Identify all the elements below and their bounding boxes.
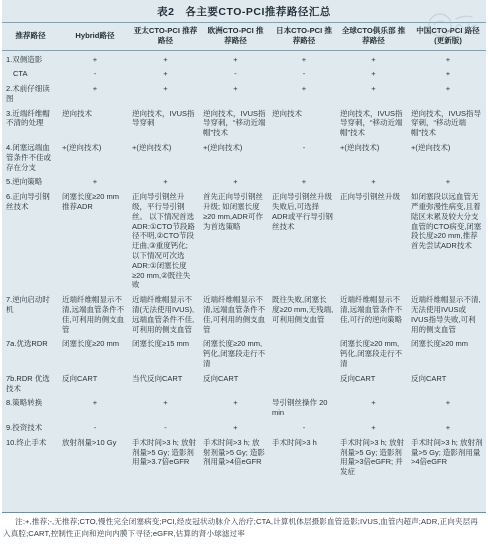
table-cell: 手术时间>3 h; 放射剂量>5 Gy; 造影剂用量>3.7倍eGFR bbox=[131, 438, 200, 477]
table-row: 7a.优选RDR闭塞长度≥20 mm闭塞长度≥15 mm闭塞长度≥20 mm,钙… bbox=[2, 337, 486, 371]
table-cell: 近端纤维帽显示不清,远端血管条件不佳,可利用的侧支血管 bbox=[202, 295, 269, 334]
table-cell: 逆向技术，IVUS指导穿刺，“移动近端帽”技术 bbox=[410, 109, 486, 138]
row-label: 1.双侧造影 bbox=[2, 55, 59, 65]
table-cell: 导引钢丝操作 20 min bbox=[271, 398, 337, 418]
table-row: 7b.RDR 优选技术反向CART当代反向CART反向CART反向CART反向C… bbox=[2, 371, 486, 396]
column-header: 全球CTO俱乐部 推荐路径 bbox=[339, 26, 408, 46]
table-body: 1.双侧造影++++++CTA-+--++2.术前仔细读图++++++3.近端纤… bbox=[2, 51, 486, 479]
table-cell: 闭塞长度≥20 mm 推荐ADR bbox=[61, 192, 129, 290]
row-label: CTA bbox=[2, 69, 59, 79]
table-cell: + bbox=[202, 55, 269, 65]
table-cell: + bbox=[202, 398, 269, 418]
table-row: CTA-+--++ bbox=[2, 67, 486, 82]
table-cell: + bbox=[410, 84, 486, 104]
table-cell: 反向CART bbox=[410, 374, 486, 394]
table-panel: 表2 各主要CTO-PCI推荐路径汇总 推荐路径 Hybrid路径 亚太CTO-… bbox=[2, 0, 486, 513]
table-cell: - bbox=[271, 423, 337, 433]
table-cell: 闭塞长度≥15 mm bbox=[131, 339, 200, 368]
row-label: 3.近端纤维帽不清的处理 bbox=[2, 109, 59, 138]
table-cell: +(逆向技术) bbox=[202, 143, 269, 172]
table-bottom-rule bbox=[2, 512, 486, 513]
table-cell: 首先正向导引钢丝升级; 如闭塞长度≥20 mm,ADR可作为首选策略 bbox=[202, 192, 269, 290]
table-cell: - bbox=[202, 69, 269, 79]
table-title-row: 表2 各主要CTO-PCI推荐路径汇总 bbox=[2, 0, 486, 23]
table-cell: + bbox=[339, 177, 408, 187]
table-cell: +(逆向技术) bbox=[131, 143, 200, 172]
table-cell: + bbox=[61, 55, 129, 65]
table-cell: 逆向技术，IVUS指导穿刺，“移动近端帽”技术 bbox=[202, 109, 269, 138]
table-cell: - bbox=[271, 69, 337, 79]
table-cell: +(逆向技术) bbox=[410, 143, 486, 172]
table-cell: + bbox=[271, 84, 337, 104]
table-cell: 近端纤维帽显示不清(无法使用IVUS),远端血管条件不佳,可利用的侧支血管 bbox=[131, 295, 200, 334]
table-cell: 反向CART bbox=[202, 374, 269, 394]
table-cell: 闭塞长度≥20 mm,钙化,闭塞段走行不清 bbox=[339, 339, 408, 368]
table-row: 8.策略转换+++导引钢丝操作 20 min++ bbox=[2, 396, 486, 421]
table-cell: 逆向技术 bbox=[61, 109, 129, 138]
table-cell: + bbox=[131, 398, 200, 418]
table-cell: 闭塞长度≥20 mm bbox=[61, 339, 129, 368]
table-cell: 反向CART bbox=[61, 374, 129, 394]
table-cell: + bbox=[410, 177, 486, 187]
table-cell: + bbox=[339, 398, 408, 418]
table-cell: 逆向技术，IVUS指导穿刺，“移动近端帽”技术 bbox=[339, 109, 408, 138]
row-label: 6.正向导引钢丝技术 bbox=[2, 192, 59, 290]
column-header: 欧洲CTO-PCI 推荐路径 bbox=[202, 26, 269, 46]
column-header: 亚太CTO-PCI 推荐路径 bbox=[131, 26, 200, 46]
table-cell: + bbox=[339, 69, 408, 79]
row-label: 7b.RDR 优选技术 bbox=[2, 374, 59, 394]
table-cell: 当代反向CART bbox=[131, 374, 200, 394]
table-cell: 正向导引钢丝升级失败后,可选择ADR或平行导引钢丝技术 bbox=[271, 192, 337, 290]
row-label: 9.投资技术 bbox=[2, 423, 59, 433]
row-label: 7a.优选RDR bbox=[2, 339, 59, 368]
column-header: 中国CTO-PCI 路径(更新版) bbox=[410, 26, 486, 46]
column-header: 推荐路径 bbox=[2, 26, 59, 46]
table-cell: +(逆向技术) bbox=[61, 143, 129, 172]
table-cell: 如闭塞段以远血管无严重弥漫性病变,且着陆区未累及较大分支血管的CTO病变,闭塞段… bbox=[410, 192, 486, 290]
table-row: 4.闭塞远端血管条件不佳或存在分支+(逆向技术)+(逆向技术)+(逆向技术)-+… bbox=[2, 141, 486, 175]
table-row: 1.双侧造影++++++ bbox=[2, 52, 486, 67]
table-cell: - bbox=[61, 423, 129, 433]
table-cell: + bbox=[131, 84, 200, 104]
table-cell: 逆向技术，IVUS指导穿刺 bbox=[131, 109, 200, 138]
table-cell: - bbox=[131, 423, 200, 433]
table-cell: + bbox=[410, 69, 486, 79]
table-cell: - bbox=[61, 69, 129, 79]
table-cell: + bbox=[131, 177, 200, 187]
table-cell: 近端纤维帽显示不清,无法使用IVUS或IVUS指导失败,可利用的侧支血管 bbox=[410, 295, 486, 334]
table-cell: + bbox=[61, 84, 129, 104]
table-cell: + bbox=[131, 55, 200, 65]
table-row: 9.投资技术--+-++ bbox=[2, 421, 486, 436]
table-cell: 正向导引钢丝升级，平行导引钢丝。 以下情况首选ADR:①CTO节段路径不明,②C… bbox=[131, 192, 200, 290]
table-cell: 闭塞长度≥20 mm,钙化,闭塞段走行不清 bbox=[202, 339, 269, 368]
row-label: 5.逆向策略 bbox=[2, 177, 59, 187]
table-cell: + bbox=[61, 177, 129, 187]
row-label: 10.终止手术 bbox=[2, 438, 59, 477]
table-cell bbox=[271, 339, 337, 368]
table-cell: + bbox=[410, 55, 486, 65]
row-label: 8.策略转换 bbox=[2, 398, 59, 418]
table-cell: + bbox=[202, 423, 269, 433]
table-cell: + bbox=[61, 398, 129, 418]
table-cell: 逆向技术 bbox=[271, 109, 337, 138]
table-cell: + bbox=[339, 55, 408, 65]
table-cell: + bbox=[271, 177, 337, 187]
table-cell: - bbox=[271, 143, 337, 172]
column-header: Hybrid路径 bbox=[61, 26, 129, 46]
table-cell: 手术时间>3 h; 放射剂量>5 Gy; 造影剂用量>4倍eGFR bbox=[202, 438, 269, 477]
table-row: 6.正向导引钢丝技术闭塞长度≥20 mm 推荐ADR正向导引钢丝升级，平行导引钢… bbox=[2, 190, 486, 293]
table-cell: 既往失败,闭塞长度≥20 mm,无残端,可利用侧支血管 bbox=[271, 295, 337, 334]
table-cell: + bbox=[202, 84, 269, 104]
table-cell: 近端纤维帽显示不清,远端血管条件不佳,可行的逆向策略 bbox=[339, 295, 408, 334]
table-row: 7.逆向启动时机近端纤维帽显示不清,远端血管条件不佳,可利用的侧支血管近端纤维帽… bbox=[2, 293, 486, 337]
table-row: 2.术前仔细读图++++++ bbox=[2, 82, 486, 107]
table-cell: + bbox=[202, 177, 269, 187]
table-cell: 手术时间>3 h; 放射剂量>5 Gy; 造影剂用量>4倍eGFR bbox=[410, 438, 486, 477]
row-label: 2.术前仔细读图 bbox=[2, 84, 59, 104]
table-cell: + bbox=[339, 84, 408, 104]
table-cell: +(逆向技术) bbox=[339, 143, 408, 172]
table-footnote: 注:+,推荐;-,无推荐;CTO,慢性完全闭塞病变;PCI,经皮冠状动脉介入治疗… bbox=[3, 516, 485, 539]
table-cell: + bbox=[339, 423, 408, 433]
table-row: 10.终止手术放射剂量>10 Gy手术时间>3 h; 放射剂量>5 Gy; 造影… bbox=[2, 435, 486, 479]
table-cell: 正向导引钢丝升级 bbox=[339, 192, 408, 290]
table-cell: + bbox=[271, 55, 337, 65]
table-cell: + bbox=[410, 423, 486, 433]
table-header-row: 推荐路径 Hybrid路径 亚太CTO-PCI 推荐路径 欧洲CTO-PCI 推… bbox=[2, 23, 486, 51]
table-cell: 手术时间>3 h; 放射剂量>5 Gy; 造影剂用量>3倍eGFR; 并发症 bbox=[339, 438, 408, 477]
row-label: 4.闭塞远端血管条件不佳或存在分支 bbox=[2, 143, 59, 172]
table-cell: 近端纤维帽显示不清,远端血管条件不佳,可利用的侧支血管 bbox=[61, 295, 129, 334]
column-header: 日本CTO-PCI 推荐路径 bbox=[271, 26, 337, 46]
table-cell: 放射剂量>10 Gy bbox=[61, 438, 129, 477]
row-label: 7.逆向启动时机 bbox=[2, 295, 59, 334]
table-cell: 手术时间>3 h bbox=[271, 438, 337, 477]
table-row: 3.近端纤维帽不清的处理逆向技术逆向技术，IVUS指导穿刺逆向技术，IVUS指导… bbox=[2, 106, 486, 140]
table-cell: + bbox=[410, 398, 486, 418]
table-cell bbox=[271, 374, 337, 394]
table-row: 5.逆向策略++++++ bbox=[2, 175, 486, 190]
table-cell: 闭塞长度≥20 mm bbox=[410, 339, 486, 368]
table-cell: 反向CART bbox=[339, 374, 408, 394]
table-title: 表2 各主要CTO-PCI推荐路径汇总 bbox=[157, 4, 331, 19]
table-cell: + bbox=[131, 69, 200, 79]
